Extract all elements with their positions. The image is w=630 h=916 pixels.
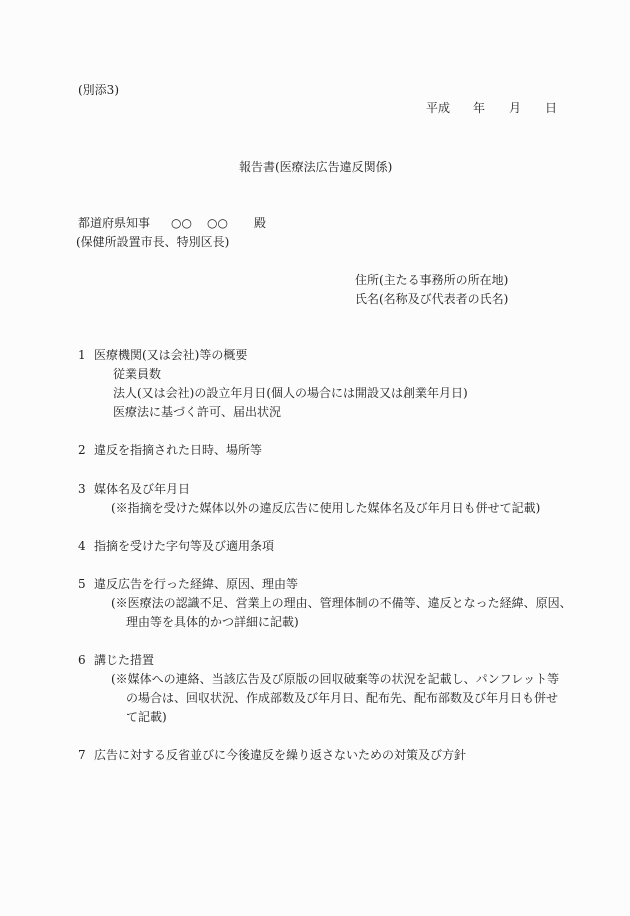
section-5: 5違反広告を行った経緯、原因、理由等 — [78, 577, 298, 591]
section-number: 3 — [78, 482, 94, 496]
date-year-label: 年 — [473, 101, 485, 115]
section-heading: 医療機関(又は会社)等の概要 — [94, 348, 247, 362]
section-5-note: (※医療法の認識不足、営業上の理由、管理体制の不備等、違反となった経緯、原因、 — [111, 596, 572, 610]
addressee-honorific: 殿 — [254, 216, 266, 230]
section-number: 1 — [78, 348, 94, 362]
section-6-note: て記載) — [126, 710, 167, 724]
section-heading: 違反を指摘された日時、場所等 — [94, 443, 262, 457]
section-heading: 講じた措置 — [94, 653, 154, 667]
section-4: 4指摘を受けた字句等及び適用条項 — [78, 539, 274, 553]
addressee-name-placeholder-2: ○○ — [207, 216, 228, 230]
section-heading: 媒体名及び年月日 — [94, 482, 190, 496]
section-1-subitem: 従業員数 — [113, 367, 161, 381]
section-1-subitem: 法人(又は会社)の設立年月日(個人の場合には開設又は創業年月日) — [113, 386, 468, 400]
section-number: 4 — [78, 539, 94, 553]
addressee-alternate: (保健所設置市長、特別区長) — [76, 235, 229, 249]
section-number: 5 — [78, 577, 94, 591]
section-5-note: 理由等を具体的かつ詳細に記載) — [126, 615, 299, 629]
section-1: 1医療機関(又は会社)等の概要 — [78, 348, 247, 362]
section-number: 2 — [78, 443, 94, 457]
section-heading: 広告に対する反省並びに今後違反を繰り返さないための対策及び方針 — [94, 748, 466, 762]
addressee-title: 都道府県知事 — [78, 216, 150, 230]
document-title: 報告書(医療法広告違反関係) — [239, 160, 392, 174]
addressee-name-placeholder-1: ○○ — [171, 216, 192, 230]
section-heading: 違反広告を行った経緯、原因、理由等 — [94, 577, 298, 591]
date-line: 平成 — [426, 101, 450, 115]
section-heading: 指摘を受けた字句等及び適用条項 — [94, 539, 274, 553]
attachment-label: (別添3) — [78, 83, 119, 97]
section-3: 3媒体名及び年月日 — [78, 482, 190, 496]
date-day-label: 日 — [545, 101, 557, 115]
section-6: 6講じた措置 — [78, 653, 154, 667]
section-7: 7広告に対する反省並びに今後違反を繰り返さないための対策及び方針 — [78, 748, 466, 762]
section-number: 7 — [78, 748, 94, 762]
section-3-note: (※指摘を受けた媒体以外の違反広告に使用した媒体名及び年月日も併せて記載) — [111, 501, 540, 515]
date-month-label: 月 — [509, 101, 521, 115]
date-era: 平成 — [426, 101, 450, 115]
section-1-subitem: 医療法に基づく許可、届出状況 — [113, 405, 281, 419]
sender-name-label: 氏名(名称及び代表者の氏名) — [355, 292, 508, 306]
section-6-note: の場合は、回収状況、作成部数及び年月日、配布先、配布部数及び年月日も併せ — [126, 691, 558, 705]
sender-address-label: 住所(主たる事務所の所在地) — [355, 273, 508, 287]
section-number: 6 — [78, 653, 94, 667]
section-2: 2違反を指摘された日時、場所等 — [78, 443, 262, 457]
section-6-note: (※媒体への連絡、当該広告及び原版の回収破棄等の状況を記載し、パンフレット等 — [111, 672, 559, 686]
